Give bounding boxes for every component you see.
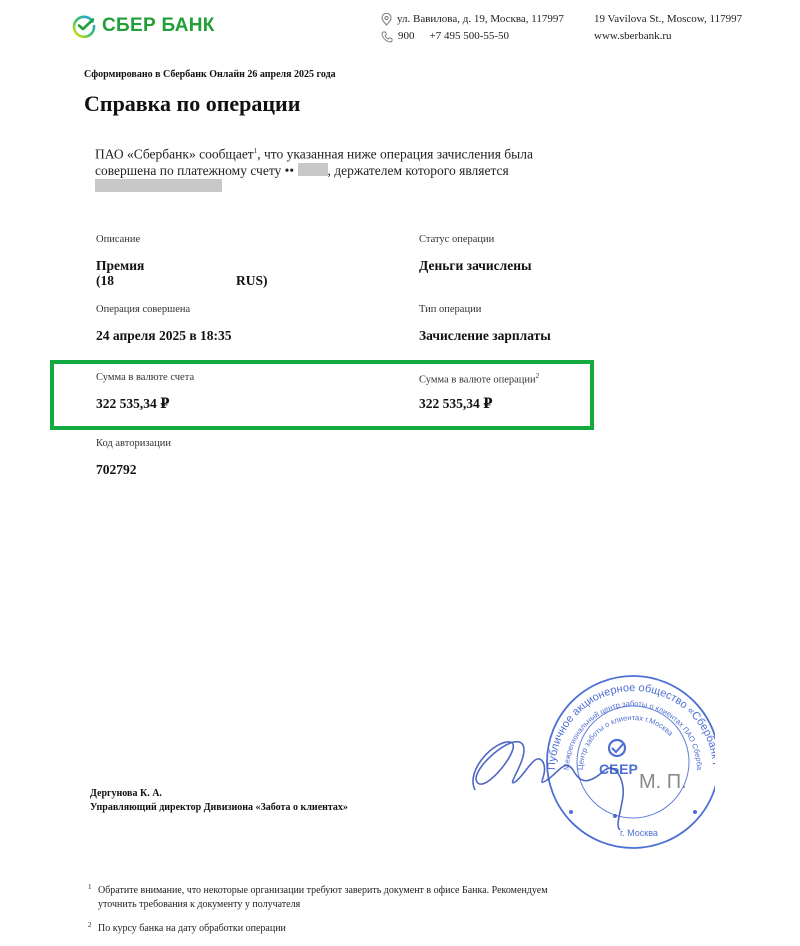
intro-text-1: ПАО «Сбербанк» сообщает — [95, 147, 254, 162]
sber-logo-icon — [72, 14, 96, 38]
footnote-1-text-cont: уточнить требования к документу у получа… — [98, 899, 300, 910]
amount-account-value: 322 535,34 ₽ — [96, 396, 170, 412]
footnote-1-text: Обратите внимание, что некоторые организ… — [98, 885, 548, 896]
intro-text-3: , держателем которого является — [328, 163, 509, 178]
signatory: Дергунова К. А. Управляющий директор Див… — [90, 787, 348, 815]
date-value: 24 апреля 2025 в 18:35 — [96, 328, 232, 344]
redacted-holder — [95, 179, 222, 192]
amount-operation-label-text: Сумма в валюте операции — [419, 375, 536, 386]
signatory-position: Управляющий директор Дивизиона «Забота о… — [90, 801, 348, 815]
status-value: Деньги зачислены — [419, 258, 532, 274]
generated-note: Сформировано в Сбербанк Онлайн 26 апреля… — [84, 69, 336, 80]
description-value-line2-start: (18 — [96, 273, 114, 289]
footnote-ref-2: 2 — [536, 372, 540, 380]
description-label: Описание — [96, 234, 140, 245]
footnote-2-number: 2 — [88, 921, 92, 929]
status-label: Статус операции — [419, 234, 494, 245]
page-title: Справка по операции — [84, 91, 300, 117]
header-contacts-ru: ул. Вавилова, д. 19, Москва, 117997 900 … — [381, 11, 564, 45]
header-contacts-en: 19 Vavilova St., Moscow, 117997 www.sber… — [594, 11, 742, 45]
address-ru: ул. Вавилова, д. 19, Москва, 117997 — [397, 11, 564, 28]
amount-operation-label: Сумма в валюте операции2 — [419, 372, 539, 386]
intro-paragraph: ПАО «Сбербанк» сообщает1, что указанная … — [95, 143, 565, 195]
type-value: Зачисление зарплаты — [419, 328, 551, 344]
description-value-line2-end: RUS) — [236, 273, 268, 289]
phone-full-link[interactable]: +7 495 500-55-50 — [430, 28, 510, 45]
amount-highlight-box — [50, 360, 594, 430]
stamp-mp: М. П. — [639, 771, 687, 793]
type-label: Тип операции — [419, 304, 481, 315]
bank-stamp: Публичное акционерное общество «Сбербанк… — [455, 670, 715, 850]
amount-account-label: Сумма в валюте счета — [96, 372, 194, 383]
website-link[interactable]: www.sberbank.ru — [594, 30, 672, 42]
stamp-city: г. Москва — [620, 828, 658, 838]
footnote-2-text: По курсу банка на дату обработки операци… — [98, 923, 286, 934]
date-label: Операция совершена — [96, 304, 190, 315]
footnote-1: 1 Обратите внимание, что некоторые орган… — [88, 880, 608, 912]
phone-icon — [381, 31, 393, 43]
amount-operation-value: 322 535,34 ₽ — [419, 396, 493, 412]
auth-code-label: Код авторизации — [96, 438, 171, 449]
auth-code-value: 702792 — [96, 462, 137, 478]
footnote-2: 2 По курсу банка на дату обработки опера… — [88, 918, 608, 936]
description-value-line1: Премия — [96, 258, 144, 274]
address-en: 19 Vavilova St., Moscow, 117997 — [594, 11, 742, 28]
redacted-account — [298, 163, 328, 176]
brand-name: СБЕР БАНК — [102, 15, 215, 37]
footnote-1-number: 1 — [88, 883, 92, 891]
signatory-name: Дергунова К. А. — [90, 787, 348, 801]
sber-logo: СБЕР БАНК — [72, 14, 215, 38]
phone-short-link[interactable]: 900 — [398, 28, 415, 45]
location-pin-icon — [381, 13, 392, 26]
